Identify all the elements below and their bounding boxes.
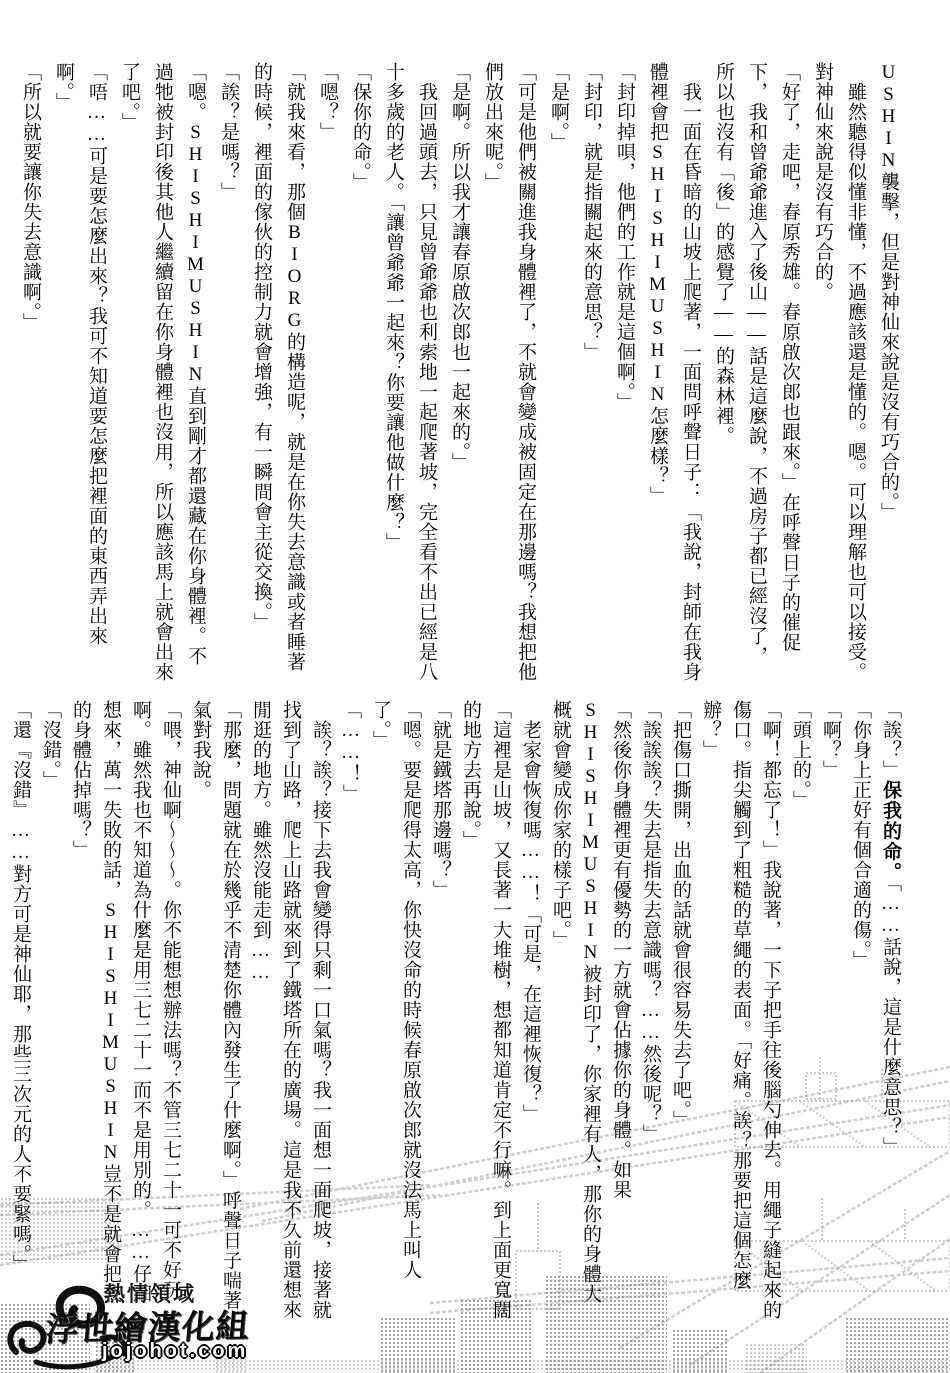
paragraph: 「是啊。」 — [542, 62, 575, 682]
paragraph: USHIN襲擊，但是對神仙來說是沒有巧合的。」 — [872, 62, 905, 682]
paragraph: 「……！」 — [335, 700, 365, 1320]
paragraph: 「就是鐵塔那邊嗎？」 — [425, 700, 455, 1320]
paragraph: 「沒錯。」 — [35, 700, 65, 1320]
paragraph: 「封印掉唄，他們的工作就是這個啊。」 — [608, 62, 641, 682]
paragraph: 「是啊。所以我才讓春原啟次郎也一起來的。」 — [443, 62, 476, 682]
emphasized-text: 保我的命。 — [880, 780, 901, 883]
paragraph: 「那麼，問題就在於幾乎不清楚你體內發生了什麼啊。」呼聲日子喘著氣對我說。 — [185, 700, 245, 1320]
paragraph: 「所以就要讓你失去意識啊。」 — [14, 62, 47, 682]
paragraph: 「誒？是嗎？」 — [212, 62, 245, 682]
paragraph: 「好了，走吧，春原秀雄。春原啟次郎也跟來。」在呼聲日子的催促下，我和曾爺爺進入了… — [707, 62, 806, 682]
paragraph: 「啊！都忘了！」我說著，一下子把手往後腦勺伸去。用繩子縫起來的傷口。指尖觸到了粗… — [695, 700, 785, 1320]
paragraph: 「嗯。SHISHIMUSHIN直到剛才都還藏在你身體裡。不過牠被封印後其他人繼續… — [113, 62, 212, 682]
paragraph: 「然後你身體裡更有優勢的一方就會佔據你的身體。如果SHISHIMUSHIN被封印… — [545, 700, 635, 1320]
paragraph: 「這裡是山坡，又長著一大堆樹，想都知道肯定不行嘛。到上面更寬闊的地方去再說。」 — [455, 700, 515, 1320]
paragraph: 「還『沒錯』……對方可是神仙耶，那些三次元的人不要緊嗎。」 — [5, 700, 35, 1320]
paragraph: 「唔……可是要怎麼出來？我可不知道要怎麼把裡面的東西弄出來啊。」 — [47, 62, 113, 682]
paragraph: 「保你的命。」 — [344, 62, 377, 682]
dialogue-text: 「……話說，這是什麼意思？」 — [880, 883, 901, 1158]
paragraph: 「喂，神仙啊～～～。你不能想想辦法嗎？不管三七二十一可不好玩啊。雖然我也不知道為… — [65, 700, 185, 1320]
paragraph: 誒？誒？接下去我會變得只剩一口氣嗎？我一面想一面爬坡，接著就找到了山路，爬上山路… — [245, 700, 335, 1320]
paragraph: 雖然聽得似懂非懂，不過應該還是懂的。嗯。可以理解也可以接受。對神仙來說是沒有巧合… — [806, 62, 872, 682]
paragraph: 我回過頭去，只見曾爺爺也利索地一起爬著坡，完全看不出已經是八十多歲的老人。「讓曾… — [377, 62, 443, 682]
paragraph: 「封印，就是指關起來的意思？」 — [575, 62, 608, 682]
paragraph: 「把傷口撕開，出血的話就會很容易失去了吧。」 — [665, 700, 695, 1320]
dialogue-text: 「誒？」 — [880, 700, 901, 780]
paragraph: 「你身上正好有個合適的傷。」 — [845, 700, 875, 1320]
paragraph: 「嗯？」 — [311, 62, 344, 682]
paragraph: 「嗯。要是爬得太高，你快沒命的時候春原啟次郎就沒法馬上叫人了。」 — [365, 700, 425, 1320]
paragraph: 「誒？」保我的命。「……話說，這是什麼意思？」 — [875, 700, 905, 1320]
paragraph: 「頭上的。」 — [785, 700, 815, 1320]
watermark-url-text: jojohot.com — [102, 1340, 248, 1363]
paragraph: 「可是他們被關進我身體裡了，不就會變成被固定在那邊嗎？我想把他們放出來呢。」 — [476, 62, 542, 682]
paragraph: 「啊？」 — [815, 700, 845, 1320]
paragraph: 老家會恢復嗎……！「可是，在這裡恢復？」 — [515, 700, 545, 1320]
paragraph: 我一面在昏暗的山坡上爬著，一面問呼聲日子：「我說，封師在我身體裡會把SHISHI… — [641, 62, 707, 682]
paragraph: 「誒誒誒？失去是指失去意識嗎？……然後呢？」 — [635, 700, 665, 1320]
watermark: 熱情領域 浮世繪漢化組 jojohot.com — [6, 1278, 286, 1370]
paragraph: 「就我來看，那個BIORG的構造呢，就是在你失去意識或者睡著的時候，裡面的傢伙的… — [245, 62, 311, 682]
text-block-top: USHIN襲擊，但是對神仙來說是沒有巧合的。」雖然聽得似懂非懂，不過應該還是懂的… — [14, 62, 905, 682]
page-root: USHIN襲擊，但是對神仙來說是沒有巧合的。」雖然聽得似懂非懂，不過應該還是懂的… — [0, 0, 950, 1373]
text-block-bottom: 「誒？」保我的命。「……話說，這是什麼意思？」「你身上正好有個合適的傷。」「啊？… — [5, 700, 905, 1320]
